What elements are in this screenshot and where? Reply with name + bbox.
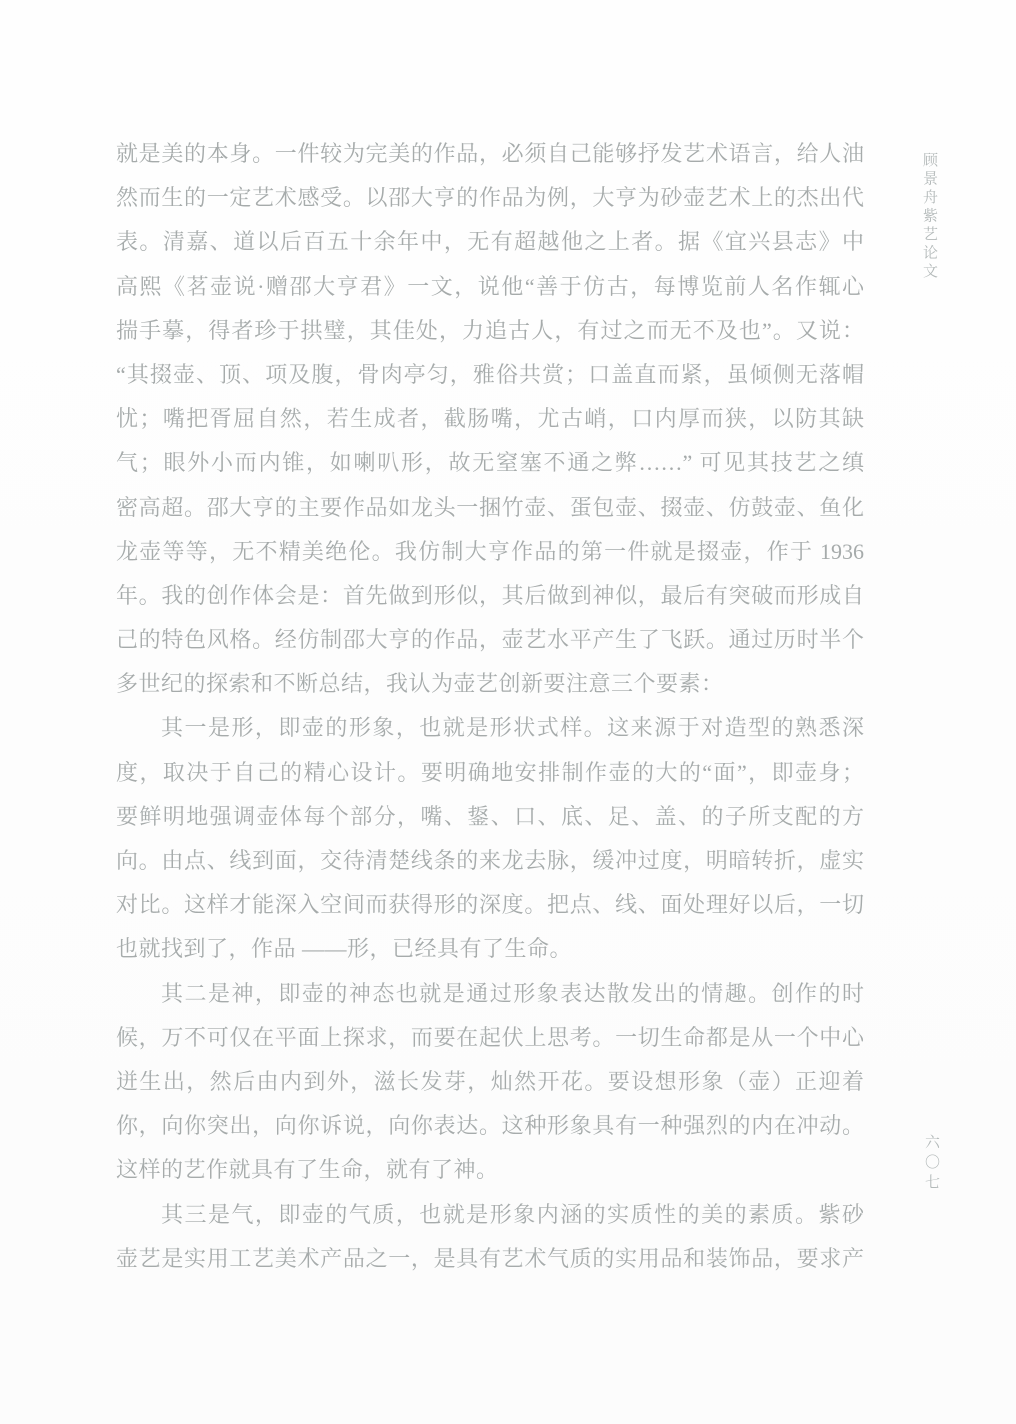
text-line: 你，向你突出，向你诉说，向你表达。这种形象具有一种强烈的内在冲动。 — [116, 1104, 864, 1148]
text-line: 壶艺是实用工艺美术产品之一，是具有艺术气质的实用品和装饰品，要求产 — [116, 1237, 864, 1281]
text-line: 表。清嘉、道以后百五十余年中，无有超越他之上者。据《宜兴县志》中 — [116, 220, 864, 264]
text-line: 这样的艺作就具有了生命，就有了神。 — [116, 1148, 864, 1192]
text-line: 向。由点、线到面，交待清楚线条的来龙去脉，缓冲过度，明暗转折，虚实 — [116, 839, 864, 883]
body-text: 就是美的本身。一件较为完美的作品，必须自己能够抒发艺术语言，给人油然而生的一定艺… — [116, 132, 864, 1281]
text-line: 也就找到了，作品 ——形，已经具有了生命。 — [116, 927, 864, 971]
text-line: 龙壶等等，无不精美绝伦。我仿制大亨作品的第一件就是掇壶，作于 1936 — [116, 530, 864, 574]
text-line: 年。我的创作体会是：首先做到形似，其后做到神似，最后有突破而形成自 — [116, 574, 864, 618]
text-line: 对比。这样才能深入空间而获得形的深度。把点、线、面处理好以后，一切 — [116, 883, 864, 927]
text-line: 就是美的本身。一件较为完美的作品，必须自己能够抒发艺术语言，给人油 — [116, 132, 864, 176]
scanned-page: 就是美的本身。一件较为完美的作品，必须自己能够抒发艺术语言，给人油然而生的一定艺… — [0, 0, 1016, 1424]
text-line: 度，取决于自己的精心设计。要明确地安排制作壶的大的“面”，即壶身； — [116, 751, 864, 795]
margin-caption: 顾景舟紫艺论文 — [919, 152, 940, 282]
text-line: 多世纪的探索和不断总结，我认为壶艺创新要注意三个要素： — [116, 662, 864, 706]
text-line: 要鲜明地强调壶体每个部分，嘴、鋬、口、底、足、盖、的子所支配的方 — [116, 795, 864, 839]
text-line: 揣手摹，得者珍于拱璧，其佳处，力追古人，有过之而无不及也”。又说： — [116, 309, 864, 353]
text-line: 忧；嘴把胥屈自然，若生成者，截肠嘴，尤古峭，口内厚而狭，以防其缺 — [116, 397, 864, 441]
page-number: 六〇七 — [921, 1134, 942, 1194]
text-line: 其二是神，即壶的神态也就是通过形象表达散发出的情趣。创作的时 — [116, 972, 864, 1016]
text-line: 气；眼外小而内锥，如喇叭形，故无窒塞不通之弊……” 可见其技艺之缜 — [116, 441, 864, 485]
text-line: 候，万不可仅在平面上探求，而要在起伏上思考。一切生命都是从一个中心 — [116, 1016, 864, 1060]
text-line: 其一是形，即壶的形象，也就是形状式样。这来源于对造型的熟悉深 — [116, 706, 864, 750]
text-line: 迸生出，然后由内到外，滋长发芽，灿然开花。要设想形象（壶）正迎着 — [116, 1060, 864, 1104]
text-line: 密高超。邵大亨的主要作品如龙头一捆竹壶、蛋包壶、掇壶、仿鼓壶、鱼化 — [116, 486, 864, 530]
text-line: 高熙《茗壶说·赠邵大亨君》一文，说他“善于仿古，每博览前人名作辄心 — [116, 265, 864, 309]
text-line: 其三是气，即壶的气质，也就是形象内涵的实质性的美的素质。紫砂 — [116, 1193, 864, 1237]
text-line: 己的特色风格。经仿制邵大亨的作品，壶艺水平产生了飞跃。通过历时半个 — [116, 618, 864, 662]
text-line: “其掇壶、顶、项及腹，骨肉亭匀，雅俗共赏；口盖直而紧，虽倾侧无落帽 — [116, 353, 864, 397]
text-line: 然而生的一定艺术感受。以邵大亨的作品为例，大亨为砂壶艺术上的杰出代 — [116, 176, 864, 220]
